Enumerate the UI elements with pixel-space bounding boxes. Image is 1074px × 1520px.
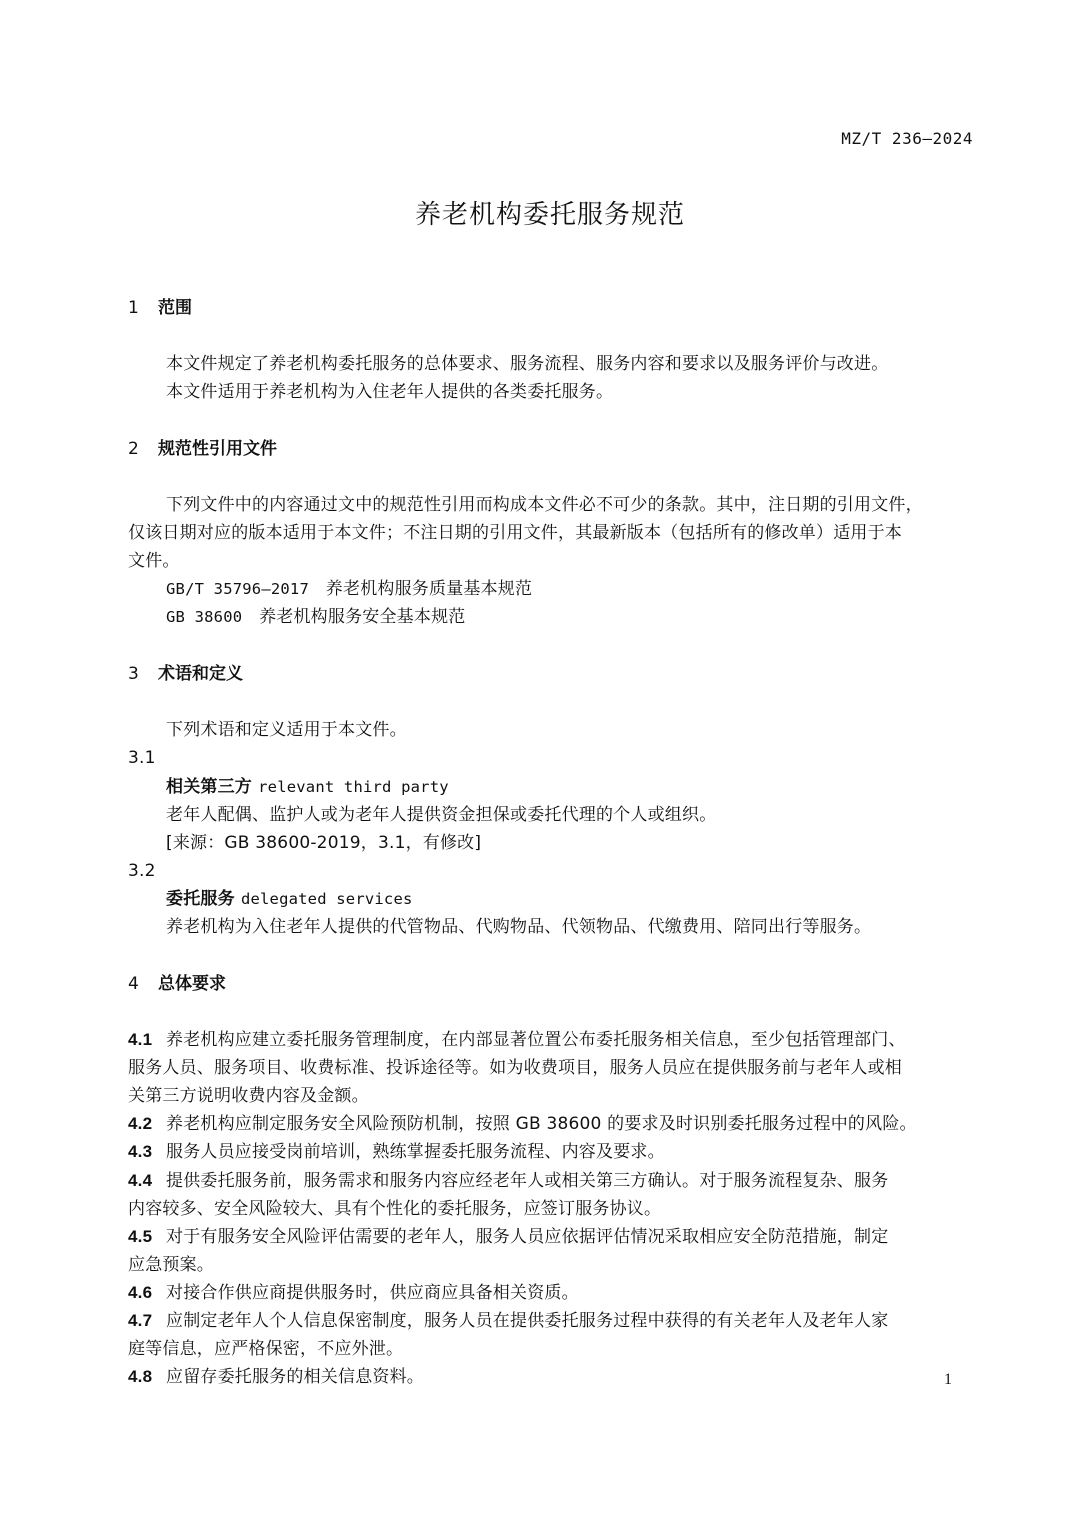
clause-4-2: 4.2养老机构应制定服务安全风险预防机制，按照 GB 38600 的要求及时识别… [128, 1113, 917, 1135]
clause-number: 4.1 [128, 1029, 166, 1051]
paragraph-line: 文件。 [128, 550, 180, 572]
clause-line: 内容较多、安全风险较大、具有个性化的委托服务，应签订服务协议。 [128, 1198, 661, 1220]
clause-text: 服务人员应接受岗前培训，熟练掌握委托服务流程、内容及要求。 [166, 1142, 665, 1162]
clause-4-5: 4.5对于有服务安全风险评估需要的老年人，服务人员应依据评估情况采取相应安全防范… [128, 1226, 888, 1248]
clause-line: 庭等信息，应严格保密，不应外泄。 [128, 1338, 403, 1360]
clause-text: 养老机构应建立委托服务管理制度，在内部显著位置公布委托服务相关信息，至少包括管理… [166, 1030, 906, 1050]
term-en: relevant third party [258, 778, 449, 796]
page-number: 1 [944, 1371, 952, 1389]
term-entry: 委托服务 delegated services [166, 888, 413, 910]
clause-number: 4.4 [128, 1170, 166, 1192]
document-page: MZ/T 236—2024 养老机构委托服务规范 1范围 本文件规定了养老机构委… [0, 0, 1074, 1520]
clause-text: 对于有服务安全风险评估需要的老年人，服务人员应依据评估情况采取相应安全防范措施，… [166, 1227, 888, 1247]
section-title: 范围 [158, 298, 192, 318]
clause-number: 4.5 [128, 1226, 166, 1248]
term-en: delegated services [241, 890, 413, 908]
clause-number: 4.7 [128, 1310, 166, 1332]
paragraph: 下列术语和定义适用于本文件。 [166, 719, 407, 741]
clause-4-7: 4.7应制定老年人个人信息保密制度，服务人员在提供委托服务过程中获得的有关老年人… [128, 1310, 888, 1332]
clause-text: 对接合作供应商提供服务时，供应商应具备相关资质。 [166, 1283, 579, 1303]
term-definition: 养老机构为入住老年人提供的代管物品、代购物品、代领物品、代缴费用、陪同出行等服务… [166, 916, 871, 938]
paragraph: 本文件规定了养老机构委托服务的总体要求、服务流程、服务内容和要求以及服务评价与改… [166, 353, 888, 375]
term-entry: 相关第三方 relevant third party [166, 776, 449, 798]
term-source: [来源：GB 38600-2019，3.1，有修改] [166, 832, 481, 854]
document-title: 养老机构委托服务规范 [0, 198, 1074, 232]
clause-line: 应急预案。 [128, 1254, 214, 1276]
paragraph-line: 下列文件中的内容通过文中的规范性引用而构成本文件必不可少的条款。其中，注日期的引… [166, 494, 923, 516]
clause-number: 4.3 [128, 1141, 166, 1163]
clause-4-3: 4.3服务人员应接受岗前培训，熟练掌握委托服务流程、内容及要求。 [128, 1141, 665, 1163]
clause-number: 4.8 [128, 1366, 166, 1388]
paragraph-line: 仅该日期对应的版本适用于本文件；不注日期的引用文件，其最新版本（包括所有的修改单… [128, 522, 902, 544]
clause-4-4: 4.4提供委托服务前，服务需求和服务内容应经老年人或相关第三方确认。对于服务流程… [128, 1170, 888, 1192]
reference-title: 养老机构服务安全基本规范 [259, 607, 465, 627]
section-number: 3 [128, 663, 158, 685]
clause-text: 应留存委托服务的相关信息资料。 [166, 1367, 424, 1387]
reference-item: GB/T 35796—2017 养老机构服务质量基本规范 [166, 578, 532, 600]
term-cn: 相关第三方 [166, 777, 252, 797]
section-number: 2 [128, 438, 158, 460]
term-cn: 委托服务 [166, 889, 235, 909]
term-number: 3.2 [128, 860, 156, 882]
clause-text: 提供委托服务前，服务需求和服务内容应经老年人或相关第三方确认。对于服务流程复杂、… [166, 1171, 888, 1191]
section-heading-2: 2规范性引用文件 [128, 438, 277, 460]
clause-4-1: 4.1养老机构应建立委托服务管理制度，在内部显著位置公布委托服务相关信息，至少包… [128, 1029, 906, 1051]
clause-line: 服务人员、服务项目、收费标准、投诉途径等。如为收费项目，服务人员应在提供服务前与… [128, 1057, 902, 1079]
clause-4-8: 4.8应留存委托服务的相关信息资料。 [128, 1366, 424, 1388]
clause-number: 4.2 [128, 1113, 166, 1135]
reference-item: GB 38600 养老机构服务安全基本规范 [166, 606, 465, 628]
term-number: 3.1 [128, 747, 156, 769]
term-definition: 老年人配偶、监护人或为老年人提供资金担保或委托代理的个人或组织。 [166, 804, 716, 826]
reference-code: GB/T 35796—2017 [166, 580, 309, 598]
clause-number: 4.6 [128, 1282, 166, 1304]
section-heading-4: 4总体要求 [128, 973, 226, 995]
section-title: 术语和定义 [158, 664, 243, 684]
reference-title: 养老机构服务质量基本规范 [326, 579, 532, 599]
paragraph: 本文件适用于养老机构为入住老年人提供的各类委托服务。 [166, 381, 613, 403]
section-heading-1: 1范围 [128, 297, 192, 319]
clause-text: 养老机构应制定服务安全风险预防机制，按照 GB 38600 的要求及时识别委托服… [166, 1114, 917, 1134]
standard-code: MZ/T 236—2024 [841, 129, 973, 148]
section-title: 总体要求 [158, 974, 226, 994]
clause-line: 关第三方说明收费内容及金额。 [128, 1085, 369, 1107]
section-number: 1 [128, 297, 158, 319]
reference-code: GB 38600 [166, 608, 242, 626]
clause-text: 应制定老年人个人信息保密制度，服务人员在提供委托服务过程中获得的有关老年人及老年… [166, 1311, 888, 1331]
section-number: 4 [128, 973, 158, 995]
section-title: 规范性引用文件 [158, 439, 277, 459]
section-heading-3: 3术语和定义 [128, 663, 243, 685]
clause-4-6: 4.6对接合作供应商提供服务时，供应商应具备相关资质。 [128, 1282, 579, 1304]
